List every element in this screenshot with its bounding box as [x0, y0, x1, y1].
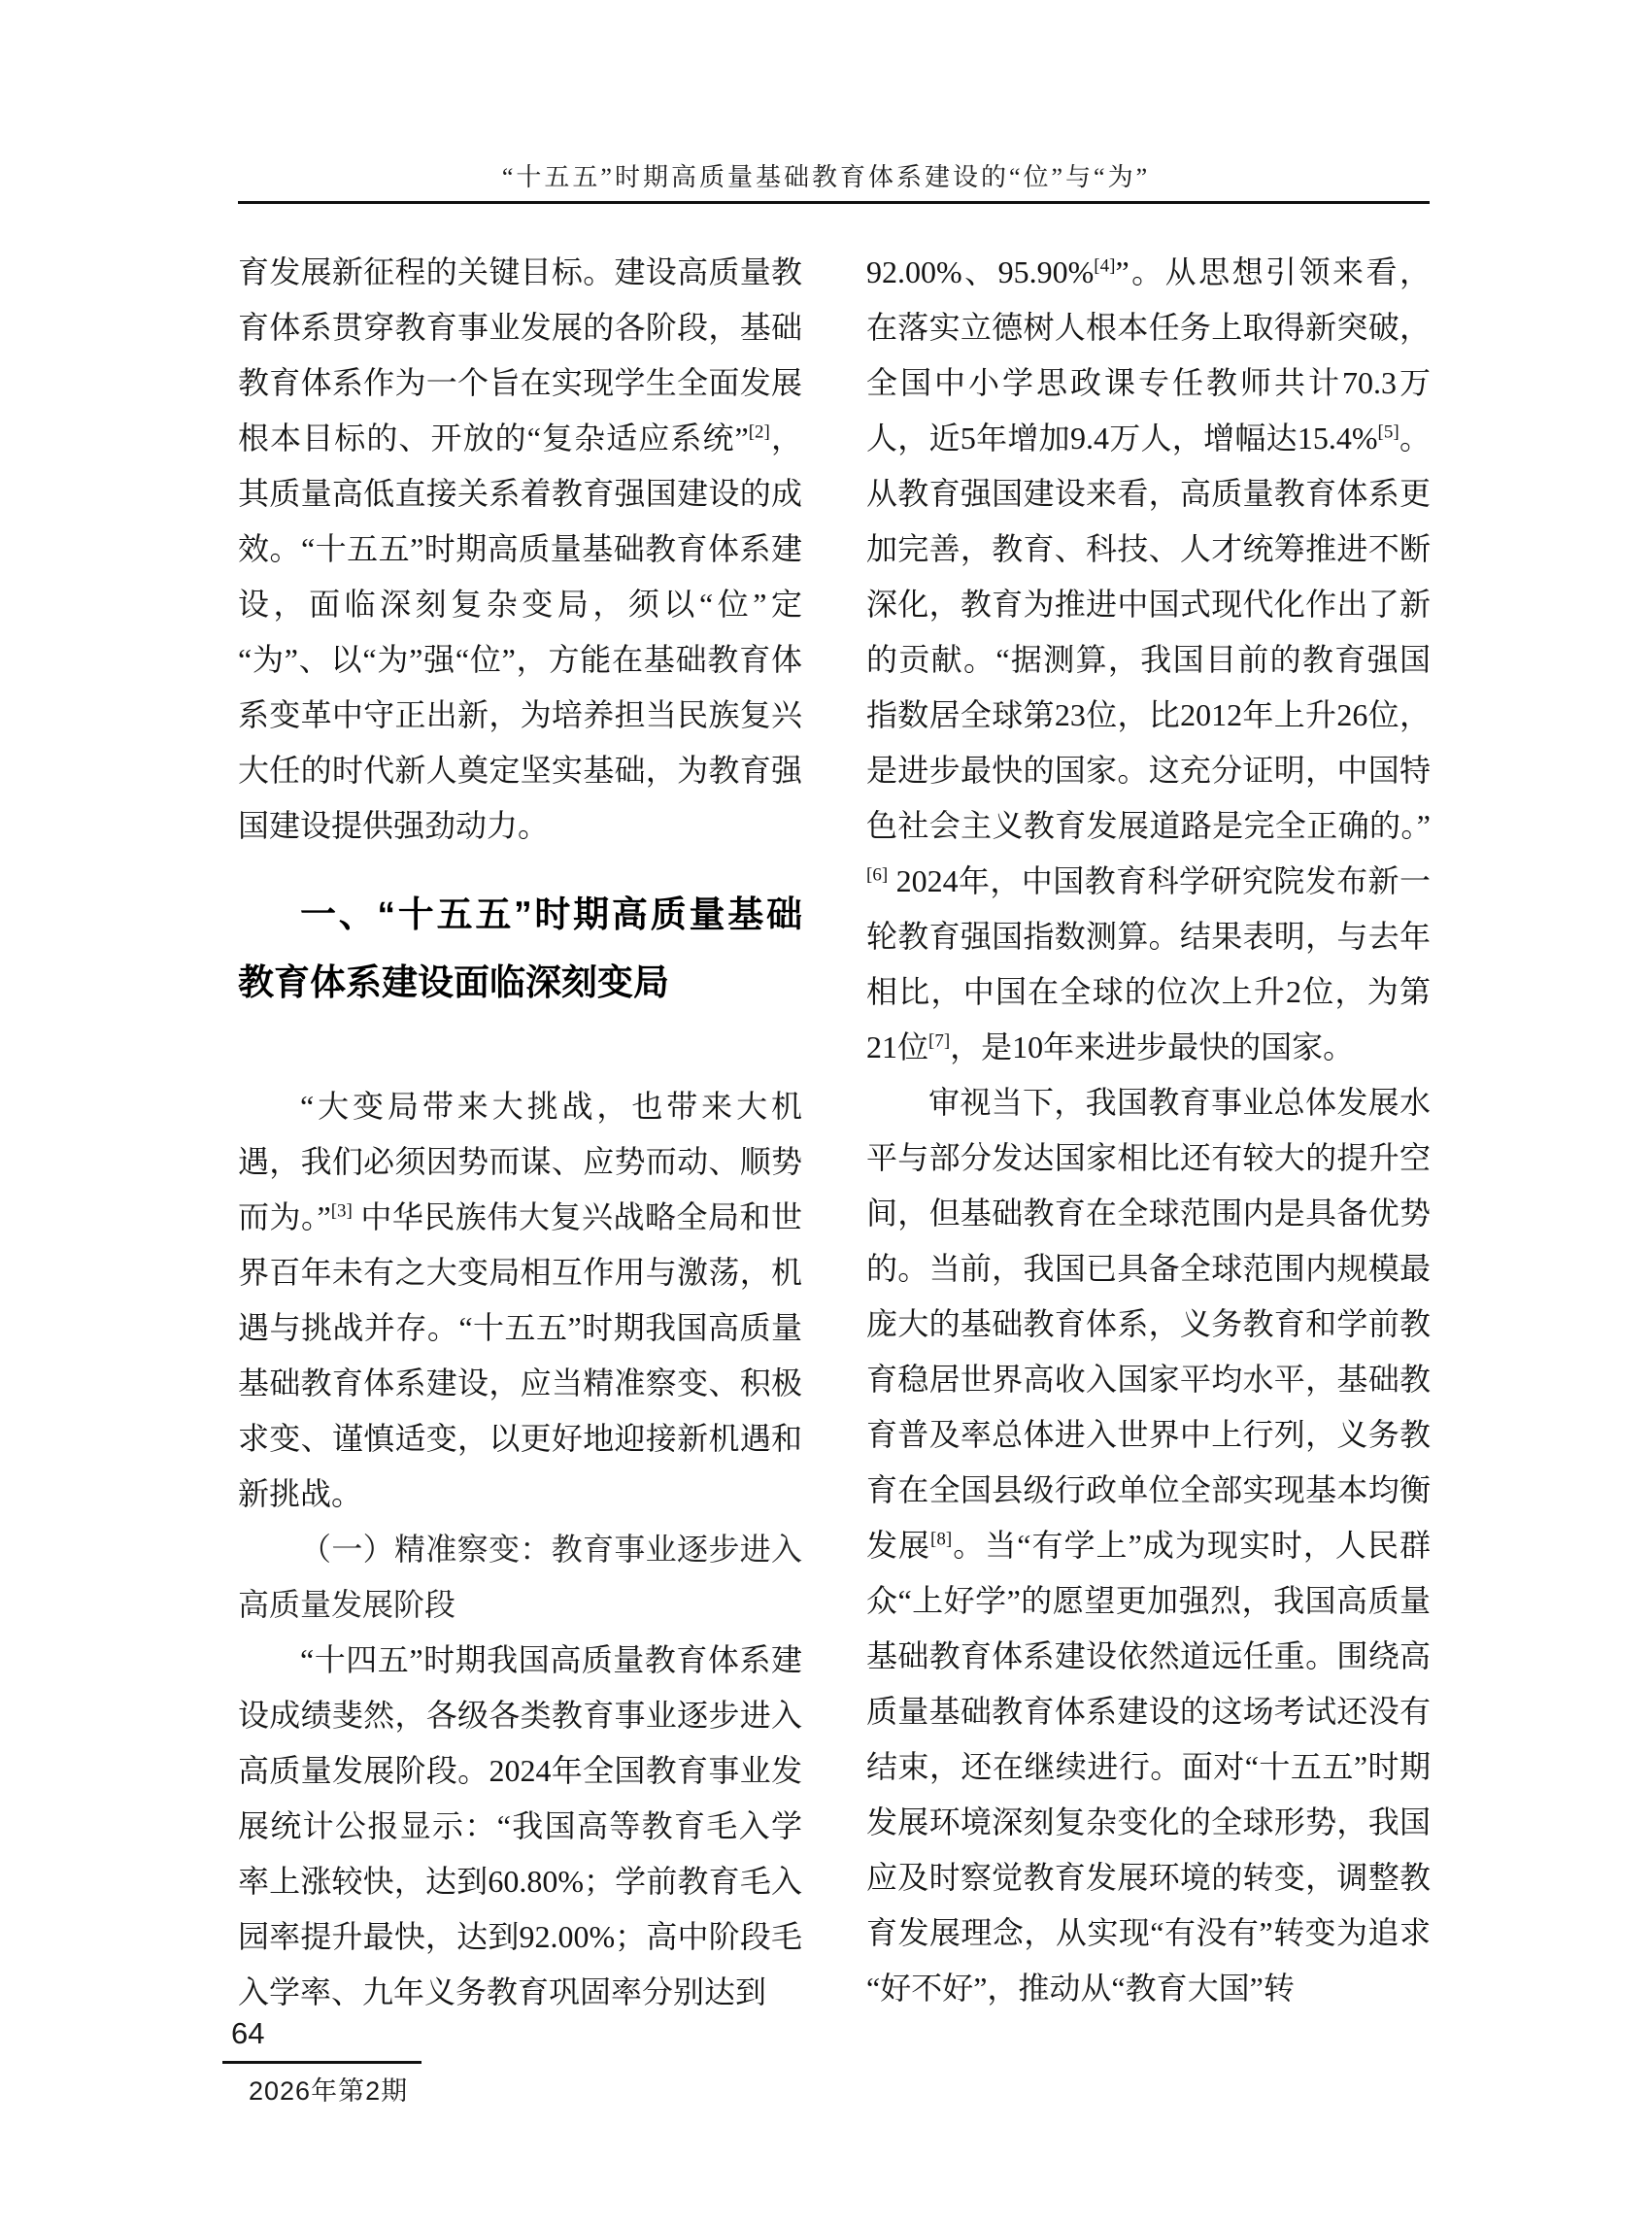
- left-paragraph-3: “十四五”时期我国高质量教育体系建设成绩斐然，各级各类教育事业逐步进入高质量发展…: [238, 1633, 802, 2020]
- subsection-heading-1-1: （一）精准察变：教育事业逐步进入高质量发展阶段: [238, 1522, 802, 1633]
- footnote-marker: [6]: [866, 864, 888, 885]
- right-paragraph-2: 审视当下，我国教育事业总体发展水平与部分发达国家相比还有较大的提升空间，但基础教…: [866, 1075, 1431, 2016]
- footnote-marker: [5]: [1378, 422, 1399, 442]
- header-rule: [238, 201, 1430, 204]
- left-column: 育发展新征程的关键目标。建设高质量教育体系贯穿教育事业发展的各阶段，基础教育体系…: [238, 245, 802, 2020]
- footer-page-number: 64: [231, 2016, 264, 2051]
- two-column-body: 育发展新征程的关键目标。建设高质量教育体系贯穿教育事业发展的各阶段，基础教育体系…: [238, 245, 1431, 2020]
- left-paragraph-2: “大变局带来大挑战，也带来大机遇，我们必须因势而谋、应势而动、顺势而为。”[3]…: [238, 1079, 802, 1522]
- footnote-marker: [4]: [1094, 255, 1115, 276]
- running-head-title: “十五五”时期高质量基础教育体系建设的“位”与“为”: [0, 157, 1652, 193]
- footnote-marker: [8]: [930, 1529, 952, 1549]
- footnote-marker: [7]: [928, 1030, 950, 1051]
- left-paragraph-1: 育发展新征程的关键目标。建设高质量教育体系贯穿教育事业发展的各阶段，基础教育体系…: [238, 245, 802, 854]
- footer-issue-label: 2026年第2期: [249, 2070, 408, 2108]
- footnote-marker: [3]: [331, 1200, 353, 1221]
- footer-rule: [222, 2061, 421, 2064]
- right-paragraph-1: 92.00%、95.90%[4]”。从思想引领来看，在落实立德树人根本任务上取得…: [866, 245, 1431, 1075]
- section-heading-1: 一、“十五五”时期高质量基础教育体系建设面临深刻变局: [238, 881, 802, 1017]
- right-column: 92.00%、95.90%[4]”。从思想引领来看，在落实立德树人根本任务上取得…: [866, 245, 1431, 2020]
- journal-page: “十五五”时期高质量基础教育体系建设的“位”与“为” 育发展新征程的关键目标。建…: [0, 0, 1652, 2226]
- footnote-marker: [2]: [749, 422, 770, 442]
